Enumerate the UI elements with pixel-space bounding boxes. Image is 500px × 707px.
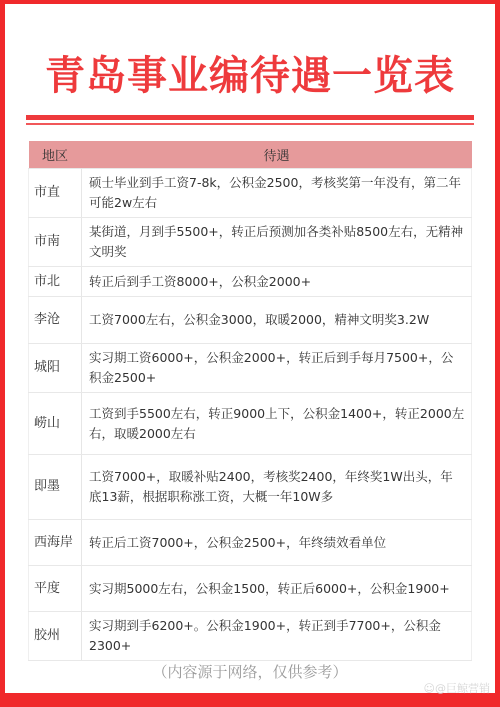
region-cell: 城阳	[29, 344, 82, 393]
benefits-cell: 转正后工资7000+，公积金2500+，年终绩效看单位	[82, 520, 472, 566]
table-row: 市直硕士毕业到手工资7-8k，公积金2500，考核奖第一年没有，第二年可能2w左…	[29, 169, 472, 218]
benefits-cell: 实习期工资6000+，公积金2000+，转正后到手每月7500+，公积金2500…	[82, 344, 472, 393]
benefits-cell: 工资到手5500左右，转正9000上下，公积金1400+，转正2000左右，取暖…	[82, 393, 472, 455]
table-row: 市北转正后到手工资8000+，公积金2000+	[29, 267, 472, 297]
region-cell: 市南	[29, 218, 82, 267]
column-header-region: 地区	[29, 141, 82, 169]
region-cell: 市北	[29, 267, 82, 297]
benefits-cell: 实习期到手6200+。公积金1900+，转正到手7700+，公积金2300+	[82, 612, 472, 661]
table-row: 李沧工资7000左右，公积金3000，取暖2000，精神文明奖3.2W	[29, 297, 472, 344]
watermark: ☺@巨鲸营销	[424, 680, 490, 696]
watermark-text: @巨鲸营销	[435, 682, 490, 695]
region-cell: 西海岸	[29, 520, 82, 566]
table-row: 即墨工资7000+，取暖补贴2400，考核奖2400，年终奖1W出头，年底13薪…	[29, 455, 472, 520]
region-cell: 李沧	[29, 297, 82, 344]
region-cell: 即墨	[29, 455, 82, 520]
salary-table: 地区 待遇 市直硕士毕业到手工资7-8k，公积金2500，考核奖第一年没有，第二…	[28, 141, 472, 661]
column-header-benefits: 待遇	[82, 141, 472, 169]
table-body: 市直硕士毕业到手工资7-8k，公积金2500，考核奖第一年没有，第二年可能2w左…	[29, 169, 472, 661]
page-title: 青岛事业编待遇一览表	[0, 50, 500, 102]
benefits-cell: 硕士毕业到手工资7-8k，公积金2500，考核奖第一年没有，第二年可能2w左右	[82, 169, 472, 218]
table-row: 胶州实习期到手6200+。公积金1900+，转正到手7700+，公积金2300+	[29, 612, 472, 661]
disclaimer-note: （内容源于网络，仅供参考）	[0, 661, 500, 682]
benefits-cell: 工资7000左右，公积金3000，取暖2000，精神文明奖3.2W	[82, 297, 472, 344]
table-row: 崂山工资到手5500左右，转正9000上下，公积金1400+，转正2000左右，…	[29, 393, 472, 455]
table-header-row: 地区 待遇	[29, 141, 472, 169]
title-divider-thick	[26, 115, 474, 120]
benefits-cell: 工资7000+，取暖补贴2400，考核奖2400，年终奖1W出头，年底13薪，根…	[82, 455, 472, 520]
region-cell: 胶州	[29, 612, 82, 661]
benefits-cell: 实习期5000左右，公积金1500，转正后6000+，公积金1900+	[82, 566, 472, 612]
benefits-cell: 某街道，月到手5500+，转正后预测加各类补贴8500左右，无精神文明奖	[82, 218, 472, 267]
table-row: 西海岸转正后工资7000+，公积金2500+，年终绩效看单位	[29, 520, 472, 566]
benefits-cell: 转正后到手工资8000+，公积金2000+	[82, 267, 472, 297]
region-cell: 平度	[29, 566, 82, 612]
table-row: 城阳实习期工资6000+，公积金2000+，转正后到手每月7500+，公积金25…	[29, 344, 472, 393]
region-cell: 崂山	[29, 393, 82, 455]
region-cell: 市直	[29, 169, 82, 218]
table-row: 平度实习期5000左右，公积金1500，转正后6000+，公积金1900+	[29, 566, 472, 612]
title-divider-thin	[26, 123, 474, 125]
weibo-logo-icon: ☺	[424, 682, 435, 695]
table-row: 市南某街道，月到手5500+，转正后预测加各类补贴8500左右，无精神文明奖	[29, 218, 472, 267]
